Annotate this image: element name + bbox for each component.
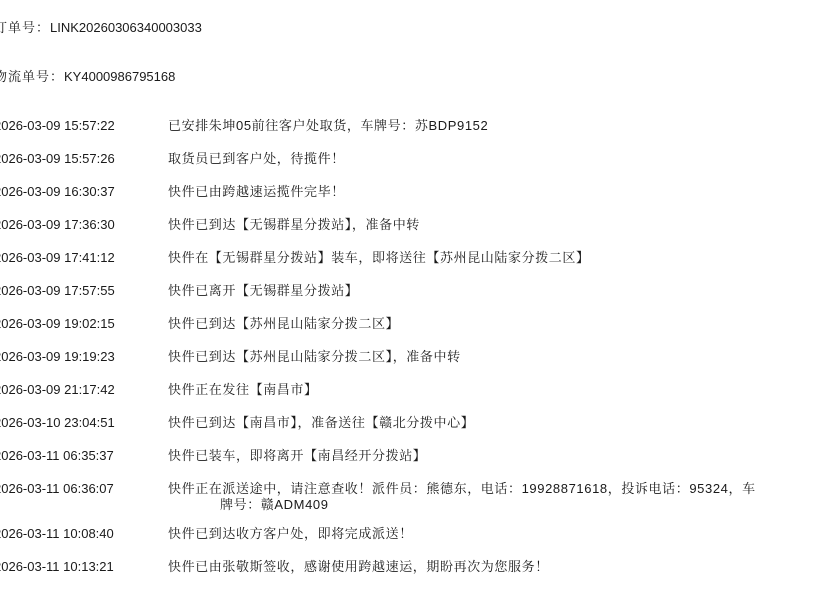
event-description: 快件在【无锡群星分拨站】装车，即将送往【苏州昆山陆家分拨二区】 xyxy=(168,250,590,266)
event-time: 2026-03-09 19:19:23 xyxy=(0,349,115,365)
tracking-event: 2026-03-09 15:57:26 取货员已到客户处，待揽件！ xyxy=(0,151,830,184)
tracking-event: 2026-03-11 06:35:37 快件已装车，即将离开【南昌经开分拨站】 xyxy=(0,448,830,481)
order-number-field: 订单号：LINK20260306340003033 xyxy=(0,20,202,36)
tracking-event: 2026-03-09 17:57:55 快件已离开【无锡群星分拨站】 xyxy=(0,283,830,316)
event-description: 快件已离开【无锡群星分拨站】 xyxy=(168,283,358,299)
event-description: 快件已由跨越速运揽件完毕！ xyxy=(168,184,345,200)
event-time: 2026-03-11 10:08:40 xyxy=(0,526,114,542)
event-description: 快件正在发往【南昌市】 xyxy=(168,382,318,398)
event-description: 快件已到达收方客户处，即将完成派送！ xyxy=(168,526,413,542)
tracking-event-list: 2026-03-09 15:57:22 已安排朱坤05前往客户处取货，车牌号：苏… xyxy=(0,118,830,592)
tracking-event: 2026-03-09 21:17:42 快件正在发往【南昌市】 xyxy=(0,382,830,415)
event-time: 2026-03-09 17:57:55 xyxy=(0,283,115,299)
event-time: 2026-03-09 15:57:26 xyxy=(0,151,115,167)
event-description: 快件已到达【无锡群星分拨站】，准备中转 xyxy=(168,217,420,233)
logistics-number-label: 物流单号： xyxy=(0,69,64,84)
event-time: 2026-03-11 06:35:37 xyxy=(0,448,114,464)
order-number-value: LINK20260306340003033 xyxy=(50,20,202,35)
event-description: 快件已到达【南昌市】，准备送往【赣北分拨中心】 xyxy=(168,415,474,431)
tracking-event: 2026-03-09 17:41:12 快件在【无锡群星分拨站】装车，即将送往【… xyxy=(0,250,830,283)
logistics-number-field: 物流单号：KY4000986795168 xyxy=(0,69,175,85)
event-description: 快件已由张敬斯签收，感谢使用跨越速运，期盼再次为您服务！ xyxy=(168,559,549,575)
event-time: 2026-03-09 19:02:15 xyxy=(0,316,115,332)
event-description-continuation: 牌号：赣ADM409 xyxy=(168,497,756,513)
tracking-event: 2026-03-11 10:08:40 快件已到达收方客户处，即将完成派送！ xyxy=(0,526,830,559)
logistics-number-value: KY4000986795168 xyxy=(64,69,175,84)
tracking-event: 2026-03-11 10:13:21 快件已由张敬斯签收，感谢使用跨越速运，期… xyxy=(0,559,830,592)
event-time: 2026-03-11 06:36:07 xyxy=(0,481,114,497)
event-description: 快件已装车，即将离开【南昌经开分拨站】 xyxy=(168,448,426,464)
event-description: 快件已到达【苏州昆山陆家分拨二区】，准备中转 xyxy=(168,349,461,365)
tracking-event: 2026-03-09 16:30:37 快件已由跨越速运揽件完毕！ xyxy=(0,184,830,217)
tracking-event: 2026-03-09 15:57:22 已安排朱坤05前往客户处取货，车牌号：苏… xyxy=(0,118,830,151)
tracking-event: 2026-03-09 19:19:23 快件已到达【苏州昆山陆家分拨二区】，准备… xyxy=(0,349,830,382)
event-description: 快件已到达【苏州昆山陆家分拨二区】 xyxy=(168,316,399,332)
order-number-label: 订单号： xyxy=(0,20,50,35)
event-time: 2026-03-09 21:17:42 xyxy=(0,382,115,398)
event-description: 快件正在派送途中，请注意查收！派件员：熊德东，电话：19928871618，投诉… xyxy=(168,481,756,513)
tracking-event: 2026-03-09 17:36:30 快件已到达【无锡群星分拨站】，准备中转 xyxy=(0,217,830,250)
event-description: 已安排朱坤05前往客户处取货，车牌号：苏BDP9152 xyxy=(168,118,488,134)
event-description-line: 快件正在派送途中，请注意查收！派件员：熊德东，电话：19928871618，投诉… xyxy=(168,481,756,496)
event-time: 2026-03-09 17:41:12 xyxy=(0,250,115,266)
event-time: 2026-03-09 17:36:30 xyxy=(0,217,115,233)
event-time: 2026-03-09 15:57:22 xyxy=(0,118,115,134)
event-time: 2026-03-09 16:30:37 xyxy=(0,184,115,200)
tracking-event: 2026-03-09 19:02:15 快件已到达【苏州昆山陆家分拨二区】 xyxy=(0,316,830,349)
tracking-event: 2026-03-10 23:04:51 快件已到达【南昌市】，准备送往【赣北分拨… xyxy=(0,415,830,448)
event-time: 2026-03-10 23:04:51 xyxy=(0,415,115,431)
event-time: 2026-03-11 10:13:21 xyxy=(0,559,114,575)
event-description: 取货员已到客户处，待揽件！ xyxy=(168,151,345,167)
tracking-event: 2026-03-11 06:36:07 快件正在派送途中，请注意查收！派件员：熊… xyxy=(0,481,830,526)
